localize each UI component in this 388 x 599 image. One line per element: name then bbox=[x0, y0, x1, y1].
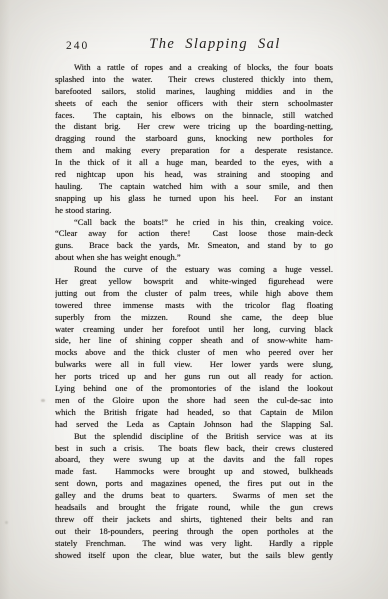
scan-speck bbox=[5, 521, 8, 524]
text-line: guns. Brace back the yards, Mr. Smeaton,… bbox=[55, 240, 333, 252]
text-line: the distant brig. Her crew were tricing … bbox=[55, 121, 333, 133]
text-line: water creaming under her forefoot until … bbox=[55, 324, 333, 336]
text-line: out their 18-pounders, peering through t… bbox=[55, 526, 333, 538]
scan-edge-shadow bbox=[0, 0, 10, 599]
text-line: But the splendid discipline of the Briti… bbox=[55, 431, 333, 443]
text-line: Lying behind one of the promontories of … bbox=[55, 383, 333, 395]
text-line: snapping up his glass he turned upon his… bbox=[55, 193, 333, 205]
text-line: showed itself upon the clear, blue water… bbox=[55, 550, 333, 562]
scan-speck bbox=[41, 399, 45, 402]
text-line: sheets of each the senior officers with … bbox=[55, 98, 333, 110]
running-title: The Slapping Sal bbox=[42, 36, 388, 53]
text-line: best in such a crisis. The boats flew ba… bbox=[55, 443, 333, 455]
text-line: Her great yellow bowsprit and white-wing… bbox=[55, 276, 333, 288]
text-line: splashed into the water. Their crews clu… bbox=[55, 74, 333, 86]
text-line: superbly from the mizzen. Round she came… bbox=[55, 312, 333, 324]
text-line: jutting out from the cluster of palm tre… bbox=[55, 288, 333, 300]
text-line: them and making every preparation for a … bbox=[55, 145, 333, 157]
text-line: “Call back the boats!” he cried in his t… bbox=[55, 217, 333, 229]
text-line: towered three immense masts with the tri… bbox=[55, 300, 333, 312]
book-page: 240 The Slapping Sal With a rattle of ro… bbox=[0, 0, 388, 599]
text-line: side, her line of shining copper sheath … bbox=[55, 335, 333, 347]
body-text: With a rattle of ropes and a creaking of… bbox=[55, 62, 333, 561]
text-line: Round the curve of the estuary was comin… bbox=[55, 264, 333, 276]
text-line: mocks above and the thick cluster of men… bbox=[55, 347, 333, 359]
text-line: barefooted sailors, stolid marines, laug… bbox=[55, 86, 333, 98]
text-line: bulwarks were all in full view. Her lowe… bbox=[55, 359, 333, 371]
running-head: 240 The Slapping Sal bbox=[0, 0, 388, 56]
text-line: hauling. The captain watched him with a … bbox=[55, 181, 333, 193]
paragraph: But the splendid discipline of the Briti… bbox=[55, 431, 333, 562]
text-line: galley and the drums beat to quarters. S… bbox=[55, 490, 333, 502]
text-line: faces. The captain, his elbows on the bi… bbox=[55, 110, 333, 122]
paragraph: With a rattle of ropes and a creaking of… bbox=[55, 62, 333, 217]
text-line: sent down, ports and magazines opened, t… bbox=[55, 478, 333, 490]
text-line: aboard, they were swung up at the davits… bbox=[55, 454, 333, 466]
text-line: red nightcap upon his head, was strainin… bbox=[55, 169, 333, 181]
text-line: which the British frigate had headed, so… bbox=[55, 407, 333, 419]
text-line: stately Frenchman. The wind was very lig… bbox=[55, 538, 333, 550]
text-line: made fast. Hammocks were brought up and … bbox=[55, 466, 333, 478]
text-line: headsails and brought the frigate round,… bbox=[55, 502, 333, 514]
text-line: about when she has weight enough.” bbox=[55, 252, 333, 264]
paragraph: “Call back the boats!” he cried in his t… bbox=[55, 217, 333, 265]
text-line: dragging round the starboard guns, knock… bbox=[55, 133, 333, 145]
text-line: men of the Gloire upon the shore had see… bbox=[55, 395, 333, 407]
text-line: threw off their jackets and shirts, tigh… bbox=[55, 514, 333, 526]
paragraph: Round the curve of the estuary was comin… bbox=[55, 264, 333, 430]
text-line: her ports triced up and her guns run out… bbox=[55, 371, 333, 383]
text-line: With a rattle of ropes and a creaking of… bbox=[55, 62, 333, 74]
text-line: he stood staring. bbox=[55, 205, 333, 217]
text-line: In the thick of it all a huge man, beard… bbox=[55, 157, 333, 169]
text-line: “Clear away for action there! Cast loose… bbox=[55, 228, 333, 240]
text-line: had served the Leda as Captain Johnson h… bbox=[55, 419, 333, 431]
